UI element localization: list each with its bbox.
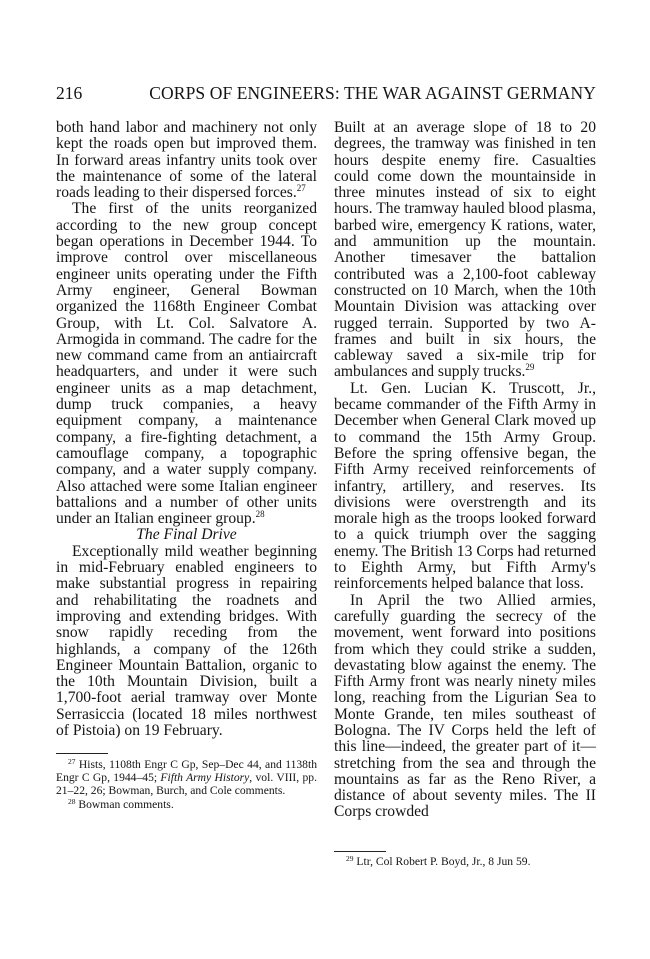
paragraph: Lt. Gen. Lucian K. Truscott, Jr., became… xyxy=(334,381,596,593)
footnotes-left: 27 Hists, 1108th Engr C Gp, Sep–Dec 44, … xyxy=(56,758,317,811)
footnote-ref[interactable]: 27 xyxy=(297,183,306,193)
paragraph-text: Built at an average slope of 18 to 20 de… xyxy=(334,119,596,380)
footnote: 28 Bowman comments. xyxy=(56,798,317,811)
paragraph: Built at an average slope of 18 to 20 de… xyxy=(334,120,596,381)
footnote-ref[interactable]: 28 xyxy=(256,509,265,519)
footnote: 27 Hists, 1108th Engr C Gp, Sep–Dec 44, … xyxy=(56,758,317,798)
footnote-number: 27 xyxy=(68,757,76,766)
footnote-divider xyxy=(56,753,108,754)
right-column: Built at an average slope of 18 to 20 de… xyxy=(334,120,596,821)
footnote-italic-title: Fifth Army History xyxy=(160,771,249,784)
footnote-divider xyxy=(334,851,386,852)
paragraph: both hand labor and machinery not only k… xyxy=(56,120,317,201)
paragraph-text: both hand labor and machinery not only k… xyxy=(56,119,317,201)
paragraph: In April the two Allied armies, carefull… xyxy=(334,593,596,821)
section-heading: The Final Drive xyxy=(56,527,317,543)
paragraph: The first of the units reorganized accor… xyxy=(56,201,317,527)
paragraph-text: The first of the units reorganized accor… xyxy=(56,200,317,527)
footnote-ref[interactable]: 29 xyxy=(525,362,534,372)
footnote-text: Ltr, Col Robert P. Boyd, Jr., 8 Jun 59. xyxy=(354,855,531,868)
page-number: 216 xyxy=(56,82,82,104)
paragraph-text: Exceptionally mild weather beginning in … xyxy=(56,543,317,739)
footnote: 29 Ltr, Col Robert P. Boyd, Jr., 8 Jun 5… xyxy=(334,855,596,868)
page-header: 216 CORPS OF ENGINEERS: THE WAR AGAINST … xyxy=(56,82,596,104)
footnotes-right: 29 Ltr, Col Robert P. Boyd, Jr., 8 Jun 5… xyxy=(334,855,596,868)
left-column: both hand labor and machinery not only k… xyxy=(56,120,317,739)
footnote-text: Bowman comments. xyxy=(76,798,174,811)
footnote-number: 29 xyxy=(346,854,354,863)
footnote-number: 28 xyxy=(68,797,76,806)
paragraph: Exceptionally mild weather beginning in … xyxy=(56,544,317,740)
running-title: CORPS OF ENGINEERS: THE WAR AGAINST GERM… xyxy=(149,82,596,104)
